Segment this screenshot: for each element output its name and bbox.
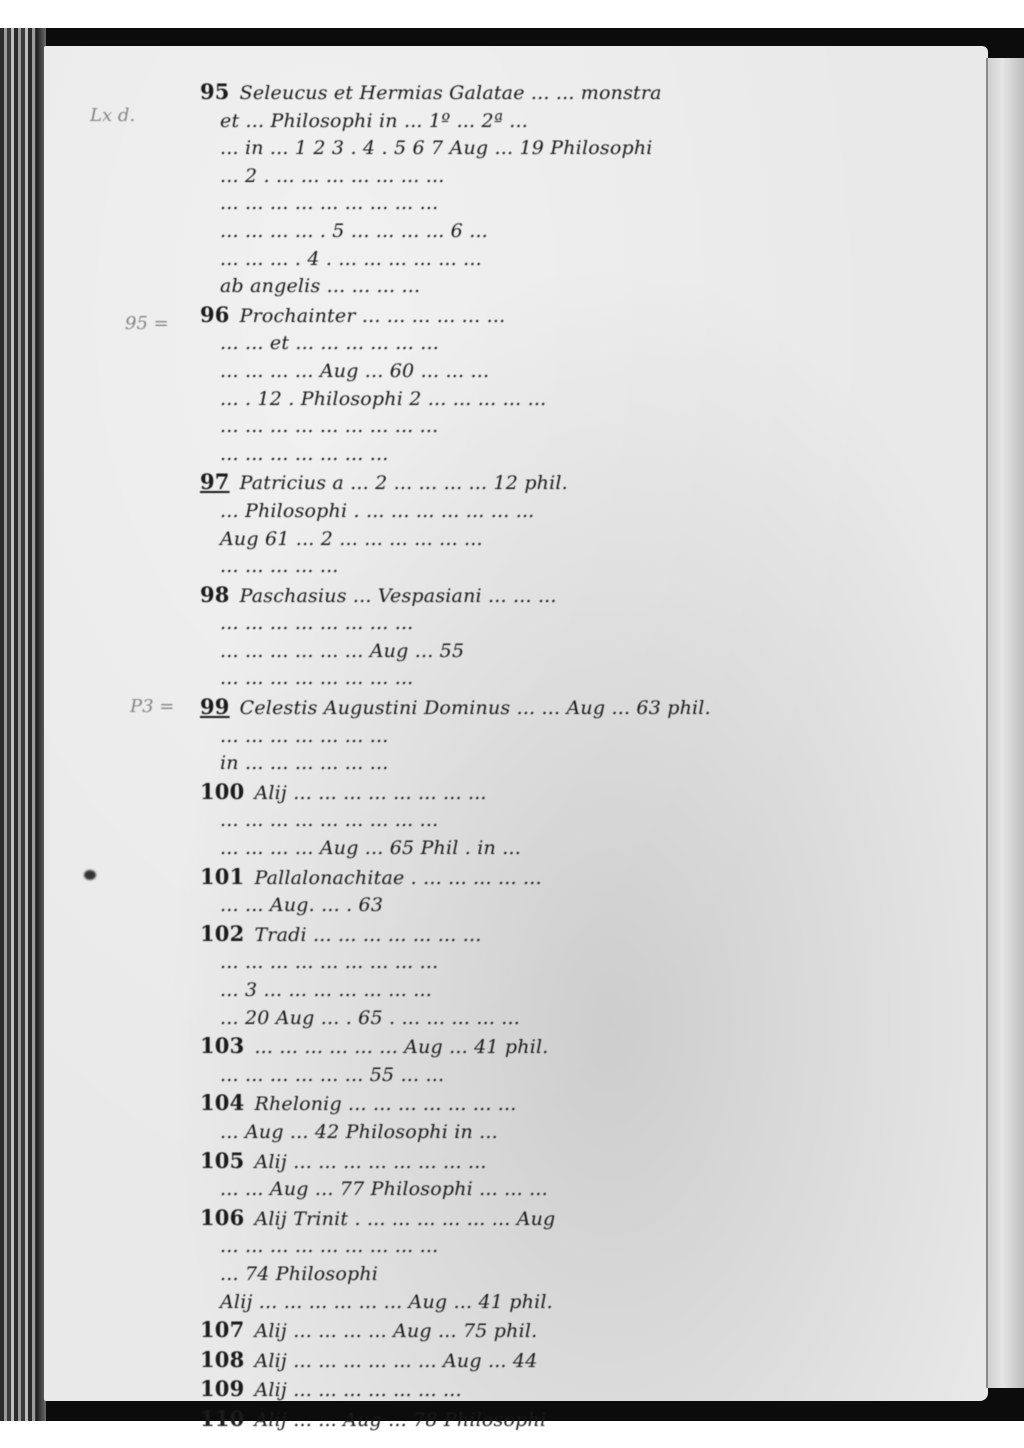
continuation-line: in ... ... ... ... ... ... [200, 750, 980, 778]
entry-number: 100 [200, 778, 244, 806]
line-text: Alij Trinit . ... ... ... ... ... ... Au… [254, 1208, 555, 1230]
entry-number: 101 [200, 863, 244, 891]
continuation-line: ... . 12 . Philosophi 2 ... ... ... ... … [200, 386, 980, 414]
continuation-line: ... ... ... . 4 . ... ... ... ... ... ..… [200, 246, 980, 274]
line-text: ... 3 ... ... ... ... ... ... ... [220, 979, 432, 1001]
entry-number: 110 [200, 1405, 244, 1433]
continuation-line: ... Philosophi . ... ... ... ... ... ...… [200, 498, 980, 526]
continuation-line: ... 20 Aug ... . 65 . ... ... ... ... ..… [200, 1005, 980, 1033]
continuation-line: ... ... ... ... ... ... ... ... ... [200, 413, 980, 441]
entry-line: 104Rhelonig ... ... ... ... ... ... ... [200, 1089, 980, 1119]
line-text: Alij ... ... Aug ... 78 Philosophi [254, 1409, 546, 1431]
adjacent-page-edge [986, 58, 1024, 1388]
entry-number: 109 [200, 1375, 244, 1403]
line-text: ... ... ... ... ... ... ... [220, 725, 388, 747]
line-text: ... ... ... ... Aug ... 60 ... ... ... [220, 360, 489, 382]
entry-line: 100Alij ... ... ... ... ... ... ... ... [200, 778, 980, 808]
line-text: et ... Philosophi in ... 1º ... 2ª ... [220, 110, 528, 132]
line-text: ... . 12 . Philosophi 2 ... ... ... ... … [220, 388, 546, 410]
entry-number: 95 [200, 78, 230, 106]
line-text: ... Aug ... 42 Philosophi in ... [220, 1121, 498, 1143]
line-text: ... 74 Philosophi [220, 1263, 378, 1285]
entry-number: 105 [200, 1147, 244, 1175]
continuation-line: ... ... ... ... ... ... ... ... ... [200, 807, 980, 835]
continuation-line: ... ... Aug ... 77 Philosophi ... ... ..… [200, 1176, 980, 1204]
entry-line: 110Alij ... ... Aug ... 78 Philosophi [200, 1405, 980, 1435]
entry-number: 106 [200, 1204, 244, 1232]
continuation-line: Aug 61 ... 2 ... ... ... ... ... ... [200, 526, 980, 554]
continuation-line: ... ... ... ... Aug ... 60 ... ... ... [200, 358, 980, 386]
entry-line: 95Seleucus et Hermias Galatae ... ... mo… [200, 78, 980, 108]
entry-line: 97Patricius a ... 2 ... ... ... ... 12 p… [200, 468, 980, 498]
margin-note-96: 95 = [125, 313, 169, 334]
entry-line: 105Alij ... ... ... ... ... ... ... ... [200, 1147, 980, 1177]
line-text: Alij ... ... ... ... ... ... Aug ... 44 [254, 1350, 537, 1372]
line-text: ... 2 . ... ... ... ... ... ... ... [220, 165, 444, 187]
continuation-line: ... 2 . ... ... ... ... ... ... ... [200, 163, 980, 191]
continuation-line: ... ... ... ... ... [200, 553, 980, 581]
line-text: Aug 61 ... 2 ... ... ... ... ... ... [220, 528, 483, 550]
continuation-line: ... in ... 1 2 3 . 4 . 5 6 7 Aug ... 19 … [200, 135, 980, 163]
line-text: ... ... ... ... ... ... ... ... ... [220, 951, 438, 973]
line-text: ... ... ... ... ... ... ... ... ... [220, 809, 438, 831]
continuation-line: ... ... ... ... ... ... ... ... ... [200, 949, 980, 977]
line-text: Alij ... ... ... ... ... ... ... [254, 1379, 461, 1401]
entry-number: 98 [200, 581, 230, 609]
entry-number: 107 [200, 1316, 244, 1344]
line-text: ... ... ... ... ... ... ... ... ... [220, 1235, 438, 1257]
entry-line: 98Paschasius ... Vespasiani ... ... ... [200, 581, 980, 611]
entry-line: 102Tradi ... ... ... ... ... ... ... [200, 920, 980, 950]
line-text: Seleucus et Hermias Galatae ... ... mons… [240, 82, 662, 104]
margin-note-top: Lx d. [90, 105, 135, 126]
line-text: ... ... ... ... . 5 ... ... ... ... 6 ..… [220, 220, 488, 242]
line-text: Paschasius ... Vespasiani ... ... ... [240, 585, 557, 607]
line-text: ... ... ... ... ... ... 55 ... ... [220, 1064, 444, 1086]
entry-number: 103 [200, 1032, 244, 1060]
entry-line: 106Alij Trinit . ... ... ... ... ... ...… [200, 1204, 980, 1234]
line-text: Celestis Augustini Dominus ... ... Aug .… [240, 697, 711, 719]
line-text: ... ... ... ... ... ... ... [220, 443, 388, 465]
entry-number: 96 [200, 301, 230, 329]
line-text: Rhelonig ... ... ... ... ... ... ... [254, 1093, 516, 1115]
line-text: in ... ... ... ... ... ... [220, 752, 388, 774]
line-text: ... in ... 1 2 3 . 4 . 5 6 7 Aug ... 19 … [220, 137, 653, 159]
entry-number: 108 [200, 1346, 244, 1374]
line-text: ... ... ... ... ... ... ... ... ... [220, 415, 438, 437]
entry-number: 97 [200, 468, 230, 496]
ink-blot [84, 870, 96, 880]
entry-number: 102 [200, 920, 244, 948]
continuation-line: ... ... ... ... ... ... ... [200, 441, 980, 469]
entry-line: 108Alij ... ... ... ... ... ... Aug ... … [200, 1346, 980, 1376]
line-text: Prochainter ... ... ... ... ... ... [240, 305, 506, 327]
line-text: Alij ... ... ... ... Aug ... 75 phil. [254, 1320, 537, 1342]
line-text: ... ... Aug. ... . 63 [220, 894, 383, 916]
continuation-line: ... ... ... ... ... ... ... ... [200, 610, 980, 638]
continuation-line: ... ... Aug. ... . 63 [200, 892, 980, 920]
entry-line: 101Pallalonachitae . ... ... ... ... ... [200, 863, 980, 893]
line-text: ... ... ... ... ... ... ... ... [220, 612, 413, 634]
line-text: ... ... ... ... ... [220, 555, 339, 577]
continuation-line: ... ... ... ... ... ... 55 ... ... [200, 1062, 980, 1090]
entry-line: 109Alij ... ... ... ... ... ... ... [200, 1375, 980, 1405]
line-text: ... ... ... ... Aug ... 65 Phil . in ... [220, 837, 521, 859]
continuation-line: Alij ... ... ... ... ... ... Aug ... 41 … [200, 1289, 980, 1317]
continuation-line: ... ... et ... ... ... ... ... ... [200, 330, 980, 358]
line-text: ... ... ... ... ... ... Aug ... 41 phil. [254, 1036, 548, 1058]
line-text: ... ... et ... ... ... ... ... ... [220, 332, 439, 354]
entry-number: 104 [200, 1089, 244, 1117]
continuation-line: ab angelis ... ... ... ... [200, 273, 980, 301]
continuation-line: et ... Philosophi in ... 1º ... 2ª ... [200, 108, 980, 136]
manuscript-text: 95Seleucus et Hermias Galatae ... ... mo… [200, 78, 980, 1435]
margin-note-100: P3 = [130, 696, 174, 717]
line-text: ... 20 Aug ... . 65 . ... ... ... ... ..… [220, 1007, 520, 1029]
continuation-line: ... Aug ... 42 Philosophi in ... [200, 1119, 980, 1147]
line-text: ... ... ... ... ... ... ... ... [220, 667, 413, 689]
line-text: ... ... ... . 4 . ... ... ... ... ... ..… [220, 248, 482, 270]
entry-line: 99Celestis Augustini Dominus ... ... Aug… [200, 693, 980, 723]
continuation-line: ... ... ... ... ... ... ... ... ... [200, 190, 980, 218]
continuation-line: ... ... ... ... Aug ... 65 Phil . in ... [200, 835, 980, 863]
line-text: Tradi ... ... ... ... ... ... ... [254, 924, 481, 946]
continuation-line: ... 74 Philosophi [200, 1261, 980, 1289]
continuation-line: ... ... ... ... . 5 ... ... ... ... 6 ..… [200, 218, 980, 246]
line-text: Alij ... ... ... ... ... ... ... ... [254, 1151, 486, 1173]
entry-line: 103... ... ... ... ... ... Aug ... 41 ph… [200, 1032, 980, 1062]
entry-line: 107Alij ... ... ... ... Aug ... 75 phil. [200, 1316, 980, 1346]
line-text: ... ... ... ... ... ... Aug ... 55 [220, 640, 464, 662]
continuation-line: ... ... ... ... ... ... ... ... [200, 665, 980, 693]
entry-line: 96Prochainter ... ... ... ... ... ... [200, 301, 980, 331]
line-text: ab angelis ... ... ... ... [220, 275, 420, 297]
line-text: ... Philosophi . ... ... ... ... ... ...… [220, 500, 534, 522]
continuation-line: ... 3 ... ... ... ... ... ... ... [200, 977, 980, 1005]
line-text: Alij ... ... ... ... ... ... Aug ... 41 … [220, 1291, 553, 1313]
line-text: Pallalonachitae . ... ... ... ... ... [254, 867, 541, 889]
line-text: ... ... Aug ... 77 Philosophi ... ... ..… [220, 1178, 548, 1200]
continuation-line: ... ... ... ... ... ... ... [200, 723, 980, 751]
continuation-line: ... ... ... ... ... ... Aug ... 55 [200, 638, 980, 666]
line-text: Patricius a ... 2 ... ... ... ... 12 phi… [240, 472, 568, 494]
line-text: ... ... ... ... ... ... ... ... ... [220, 192, 438, 214]
entry-number: 99 [200, 693, 230, 721]
line-text: Alij ... ... ... ... ... ... ... ... [254, 782, 486, 804]
continuation-line: ... ... ... ... ... ... ... ... ... [200, 1233, 980, 1261]
